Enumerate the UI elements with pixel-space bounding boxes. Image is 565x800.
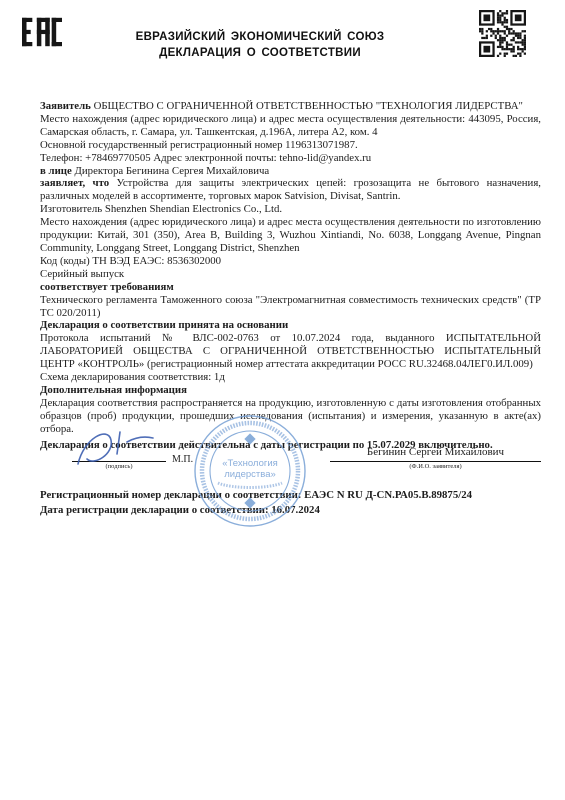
paragraph: Схема декларирования соответствия: 1д <box>40 371 541 384</box>
paragraph: Код (коды) ТН ВЭД ЕАЭС: 8536302000 <box>40 255 541 268</box>
paragraph: Декларация о соответствии принята на осн… <box>40 319 541 332</box>
paragraph: Основной государственный регистрационный… <box>40 139 541 152</box>
paragraph: заявляет, что Устройства для защиты элек… <box>40 177 541 203</box>
company-round-stamp: «Технология лидерства» <box>192 413 308 529</box>
paragraph: Телефон: +78469770505 Адрес электронной … <box>40 152 541 165</box>
document-body: Заявитель ОБЩЕСТВО С ОГРАНИЧЕННОЙ ОТВЕТС… <box>40 100 541 518</box>
title-declaration: ДЕКЛАРАЦИЯ О СООТВЕТСТВИИ <box>60 45 460 61</box>
eac-mark-icon <box>22 11 62 53</box>
paragraphs: Заявитель ОБЩЕСТВО С ОГРАНИЧЕННОЙ ОТВЕТС… <box>40 100 541 451</box>
paragraph: Место нахождения (адрес юридического лиц… <box>40 216 541 255</box>
paragraph: Место нахождения (адрес юридического лиц… <box>40 113 541 139</box>
qr-code-icon <box>477 10 528 57</box>
paragraph: Изготовитель Shenzhen Shendian Electroni… <box>40 203 541 216</box>
paragraph: Технического регламента Таможенного союз… <box>40 294 541 320</box>
fio-line <box>330 461 541 462</box>
paragraph: Дополнительная информация <box>40 384 541 397</box>
handwritten-signature <box>64 420 184 472</box>
title-union: ЕВРАЗИЙСКИЙ ЭКОНОМИЧЕСКИЙ СОЮЗ <box>60 29 460 45</box>
paragraph: в лице Директора Бегинина Сергея Михайло… <box>40 165 541 178</box>
stamp-text-line2: лидерства» <box>224 469 276 480</box>
fio-caption: (Ф.И.О. заявителя) <box>330 463 541 471</box>
applicant-name: Бегинин Сергей Михайлович <box>330 446 541 459</box>
paragraph: Серийный выпуск <box>40 268 541 281</box>
paragraph: Заявитель ОБЩЕСТВО С ОГРАНИЧЕННОЙ ОТВЕТС… <box>40 100 541 113</box>
paragraph: соответствует требованиям <box>40 281 541 294</box>
declaration-page: ЕВРАЗИЙСКИЙ ЭКОНОМИЧЕСКИЙ СОЮЗ ДЕКЛАРАЦИ… <box>0 0 565 800</box>
signature-block: (подпись) М.П. «Технология лидерства» Бе… <box>40 452 541 486</box>
document-title: ЕВРАЗИЙСКИЙ ЭКОНОМИЧЕСКИЙ СОЮЗ ДЕКЛАРАЦИ… <box>60 29 460 61</box>
stamp-text-line1: «Технология <box>222 458 278 469</box>
paragraph: Протокола испытаний № ВЛС-002-0763 от 10… <box>40 332 541 371</box>
